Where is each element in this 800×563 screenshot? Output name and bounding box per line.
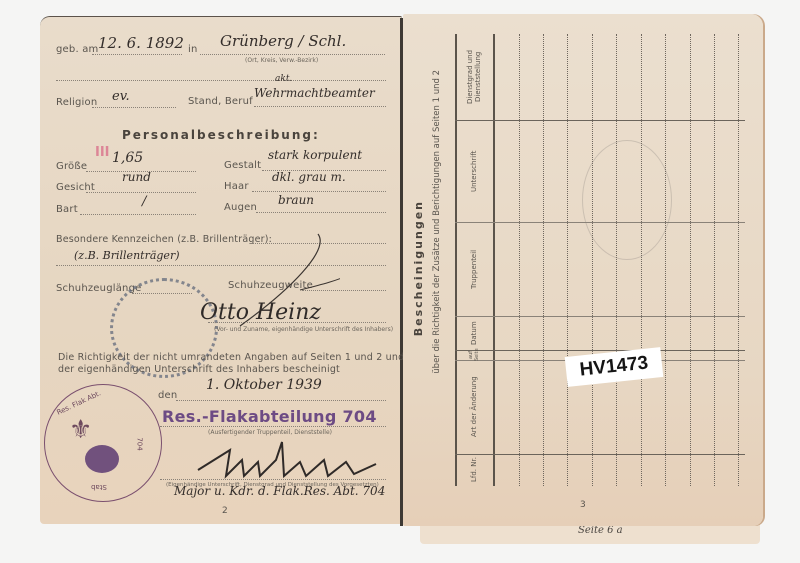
stand-label: Stand, Beruf bbox=[188, 96, 253, 107]
stand-prefix: akt. bbox=[275, 74, 292, 84]
section-divider bbox=[455, 454, 745, 455]
eagle-emblem-icon: ⚜ bbox=[69, 415, 92, 445]
field-line bbox=[80, 214, 196, 215]
page-number-right: 3 bbox=[580, 500, 586, 510]
officer-signature bbox=[196, 440, 386, 480]
certify-text-1: Die Richtigkeit der nicht umrandeten Ang… bbox=[58, 352, 404, 363]
issuing-unit-line bbox=[160, 426, 386, 427]
page-number-left: 2 bbox=[222, 506, 228, 516]
field-value-gestalt: stark korpulent bbox=[268, 148, 362, 162]
entry-row-line bbox=[738, 34, 739, 486]
field-value-bart: / bbox=[142, 194, 146, 209]
section-divider bbox=[455, 222, 745, 223]
field-line bbox=[252, 191, 386, 192]
issuing-unit: Res.-Flakabteilung 704 bbox=[162, 407, 377, 426]
entry-row-line bbox=[714, 34, 715, 486]
personal-description-heading: Personalbeschreibung: bbox=[122, 128, 320, 142]
field-label-augen: Augen bbox=[224, 202, 257, 213]
field-line bbox=[86, 192, 196, 193]
holder-signature-hint: (Vor- und Zuname, eigenhändige Unterschr… bbox=[214, 326, 393, 333]
birth-place: Grünberg / Schl. bbox=[220, 32, 346, 50]
holder-signature-line bbox=[208, 322, 386, 323]
field-value-groesse: 1,65 bbox=[112, 150, 143, 166]
extra-line bbox=[56, 80, 386, 81]
stamp-text-right: 704 bbox=[136, 437, 144, 450]
entry-row-line bbox=[567, 34, 568, 486]
field-label-groesse: Größe bbox=[56, 161, 87, 172]
entry-row-line bbox=[665, 34, 666, 486]
certify-text-2: der eigenhändigen Unterschrift des Inhab… bbox=[58, 364, 340, 375]
field-label-haar: Haar bbox=[224, 181, 249, 192]
field-value-haar: dkl. grau m. bbox=[272, 170, 346, 184]
field-value-augen: braun bbox=[278, 193, 314, 207]
marks-value: (z.B. Brillenträger) bbox=[74, 249, 180, 262]
certifications-table: Dienstgrad und Dienststellung Unterschri… bbox=[455, 34, 745, 486]
column-header-unterschrift: Unterschrift bbox=[455, 120, 493, 222]
religion-value: ev. bbox=[112, 89, 130, 104]
table-header-divider bbox=[493, 34, 495, 486]
issue-date-line bbox=[176, 400, 386, 401]
field-label-gestalt: Gestalt bbox=[224, 160, 261, 171]
field-line bbox=[256, 212, 386, 213]
field-value-gesicht: rund bbox=[122, 170, 151, 184]
column-header-art: Art der Änderung bbox=[455, 360, 493, 454]
entry-row-line bbox=[519, 34, 520, 486]
issue-date: 1. Oktober 1939 bbox=[206, 377, 322, 393]
birth-date-line bbox=[92, 54, 182, 55]
column-header-datum: Datum bbox=[455, 316, 493, 350]
field-label-bart: Bart bbox=[56, 204, 78, 215]
section-divider bbox=[455, 316, 745, 317]
in-label: in bbox=[188, 44, 198, 55]
entry-row-line bbox=[616, 34, 617, 486]
den-label: den bbox=[158, 390, 177, 401]
column-header-lfd-nr: Lfd. Nr. bbox=[455, 454, 493, 486]
certifications-subtitle: über die Richtigkeit der Zusätze und Ber… bbox=[432, 70, 442, 374]
stamp-text-bottom: Stab bbox=[91, 483, 107, 491]
officer-title: Major u. Kdr. d. Flak.Res. Abt. 704 bbox=[174, 484, 385, 498]
ink-blot bbox=[85, 445, 119, 473]
entry-row-line bbox=[641, 34, 642, 486]
column-header-seite: auf Seite bbox=[455, 350, 493, 360]
officer-signature-line bbox=[160, 479, 386, 480]
red-stamp-mark: III bbox=[95, 145, 110, 160]
issuing-unit-hint: (Ausfertigender Truppenteil, Dienststell… bbox=[208, 429, 332, 436]
stand-line bbox=[254, 106, 386, 107]
section-divider bbox=[455, 120, 745, 121]
column-header-truppenteil: Truppenteil bbox=[455, 222, 493, 316]
entry-row-line bbox=[543, 34, 544, 486]
religion-line bbox=[92, 107, 176, 108]
unit-stamp: Res. Flak Abt. 704 Stab ⚜ bbox=[44, 384, 162, 502]
birth-place-line bbox=[200, 54, 385, 55]
birth-date: 12. 6. 1892 bbox=[98, 34, 184, 52]
underlying-page-note: Seite 6 a bbox=[578, 525, 623, 536]
certifications-title: Bescheinigungen bbox=[412, 200, 425, 336]
section-divider bbox=[455, 350, 745, 351]
entry-row-line bbox=[690, 34, 691, 486]
column-header-dienstgrad: Dienstgrad und Dienststellung bbox=[455, 34, 493, 120]
entry-row-line bbox=[592, 34, 593, 486]
birth-place-hint: (Ort, Kreis, Verw.-Bezirk) bbox=[245, 57, 318, 64]
stand-value: Wehrmachtbeamter bbox=[254, 86, 375, 100]
